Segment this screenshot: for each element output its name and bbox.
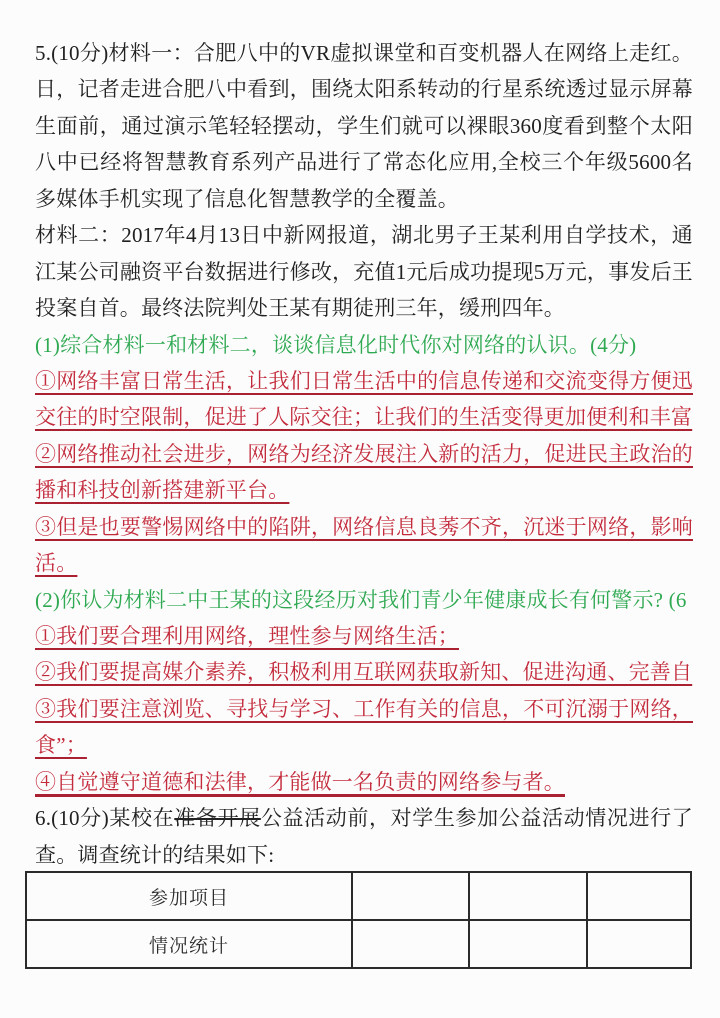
document-text-line: 投案自首。最终法院判处王某有期徒刑三年，缓刑四年。 [35, 290, 693, 326]
question-prompt-line: (1)综合材料一和材料二，谈谈信息化时代你对网络的认识。(4分) [35, 327, 693, 363]
table-empty-cell [469, 920, 587, 968]
answer-text-line: ②我们要提高媒介素养，积极利用互联网获取新知、促进沟通、完善自我； [35, 654, 693, 690]
document-text-line: 日，记者走进合肥八中看到，围绕太阳系转动的行星系统透过显示屏幕清晰地展现在师 [35, 71, 693, 107]
answer-text-line: 交往的时空限制，促进了人际交往；让我们的生活变得更加便利和丰富多彩。 [35, 399, 693, 435]
answer-text-line: ①网络丰富日常生活，让我们日常生活中的信息传递和交流变得方便迅捷；打破了人际 [35, 363, 693, 399]
answer-text-line: 播和科技创新搭建新平台。 [35, 472, 693, 508]
document-text-line: 江某公司融资平台数据进行修改，充值1元后成功提现5万元，事发后王某向公安机关 [35, 254, 693, 290]
document-text-line: 5.(10分)材料一：合肥八中的VR虚拟课堂和百变机器人在网络上走红。2017年… [35, 35, 693, 71]
struck-text-run: 准备开展 [174, 806, 261, 830]
answer-text-line: ①我们要合理利用网络，理性参与网络生活； [35, 618, 693, 654]
table-empty-cell [469, 872, 587, 920]
document-text-line: 八中已经将智慧教育系列产品进行了常态化应用,全校三个年级5600名学生,通过平板… [35, 144, 693, 180]
answer-text-line: 活。 [35, 545, 693, 581]
table-row: 参加项目 [26, 872, 691, 920]
document-text-line: 多媒体手机实现了信息化智慧教学的全覆盖。 [35, 181, 693, 217]
table-empty-cell [352, 920, 469, 968]
document-lines: 5.(10分)材料一：合肥八中的VR虚拟课堂和百变机器人在网络上走红。2017年… [35, 35, 693, 873]
table-empty-cell [587, 872, 691, 920]
document-text-line: 查。调查统计的结果如下: [35, 837, 693, 873]
table-row-header: 参加项目 [26, 872, 352, 920]
document-text-line: 生面前，通过演示笔轻轻摆动，学生们就可以裸眼360度看到整个太阳系。目前，合肥 [35, 108, 693, 144]
answer-text-line: ④自觉遵守道德和法律，才能做一名负责的网络参与者。 [35, 764, 693, 800]
survey-table-body: 参加项目情况统计 [26, 872, 691, 968]
text-run: 6.(10分)某校在 [35, 806, 174, 830]
answer-text-line: 食”； [35, 727, 693, 763]
table-row: 情况统计 [26, 920, 691, 968]
question-prompt-line: (2)你认为材料二中王某的这段经历对我们青少年健康成长有何警示? (6分) [35, 582, 693, 618]
table-empty-cell [352, 872, 469, 920]
answer-text-line: ③但是也要警惕网络中的陷阱，网络信息良莠不齐，沉迷于网络，影响学习、工作和生 [35, 509, 693, 545]
answer-text-line: ②网络推动社会进步，网络为经济发展注入新的活力，促进民主政治的进步，为文化传 [35, 436, 693, 472]
table-empty-cell [587, 920, 691, 968]
table-row-header: 情况统计 [26, 920, 352, 968]
document-text-line: 材料二：2017年4月13日中新网报道，湖北男子王某利用自学技术，通过某软件对浙 [35, 217, 693, 253]
document-text-line: 6.(10分)某校在准备开展公益活动前，对学生参加公益活动情况进行了一次抽样问卷… [35, 800, 693, 836]
answer-text-line: ③我们要注意浏览、寻找与学习、工作有关的信息，不可沉溺于网络，要学会“信息节 [35, 691, 693, 727]
survey-table: 参加项目情况统计 [25, 871, 692, 969]
worksheet-page: 5.(10分)材料一：合肥八中的VR虚拟课堂和百变机器人在网络上走红。2017年… [0, 0, 720, 1018]
